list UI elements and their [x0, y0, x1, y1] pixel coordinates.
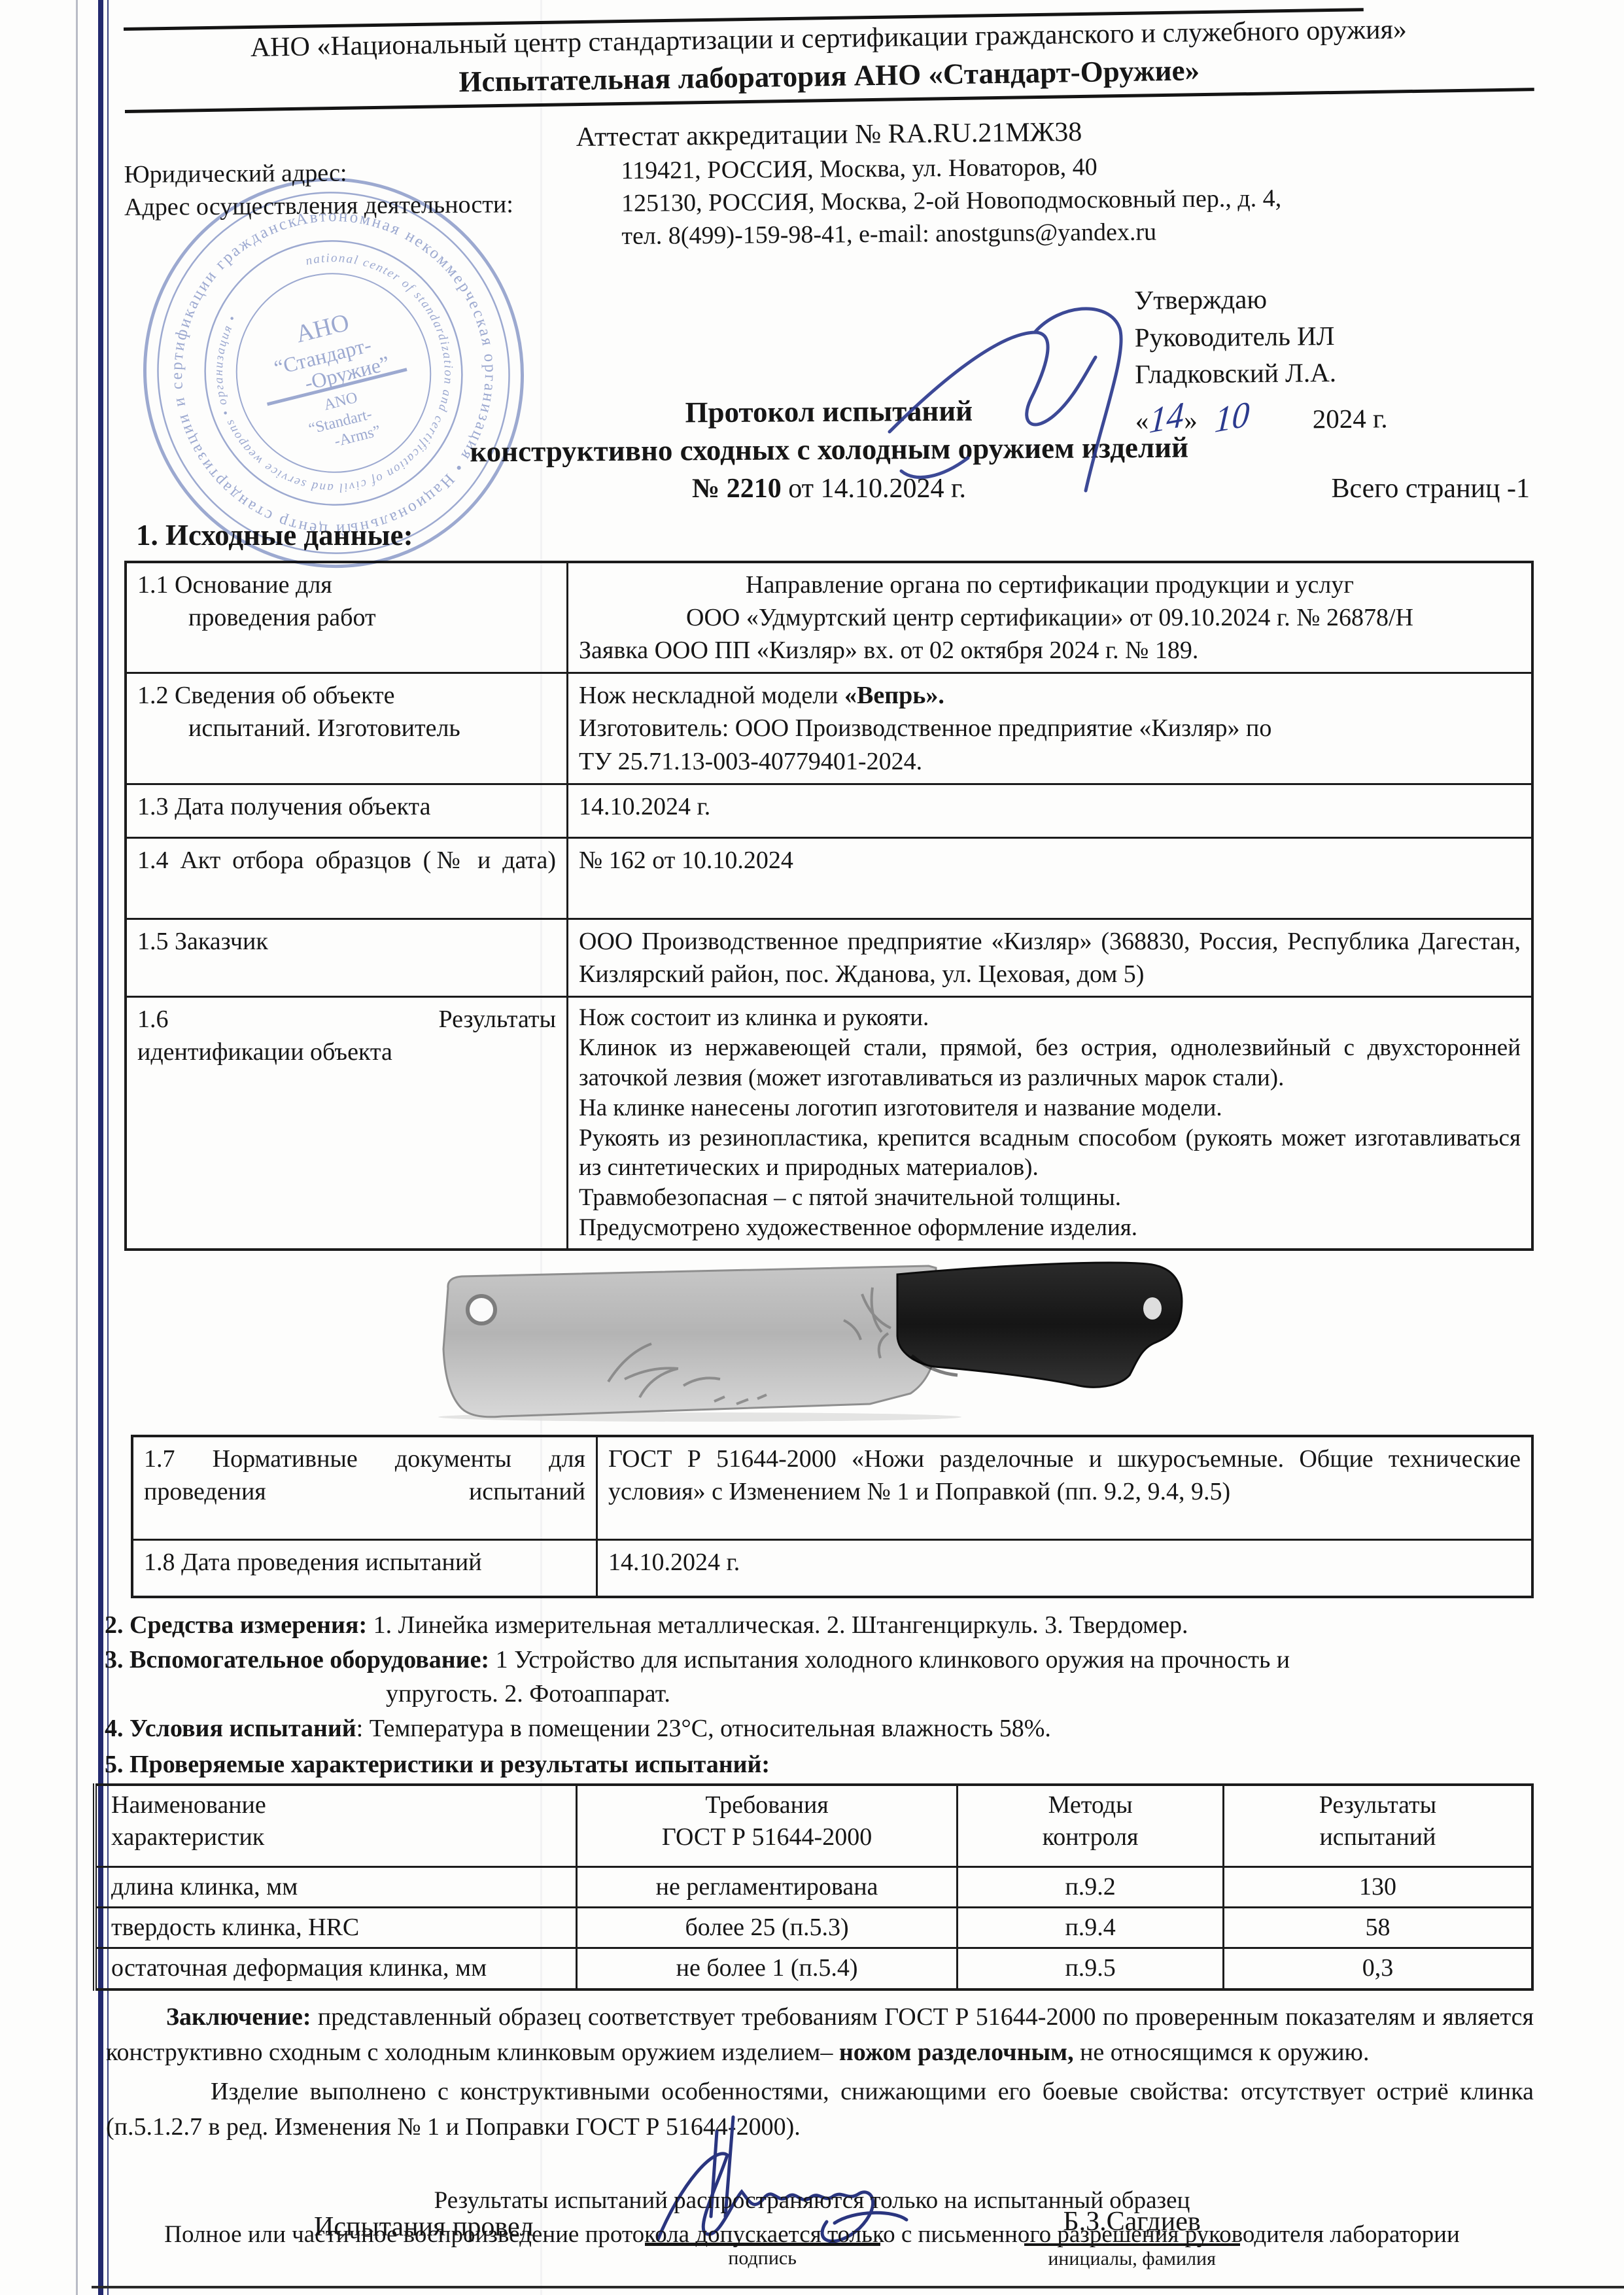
row-1-5-label: 1.5 Заказчик	[126, 919, 568, 996]
initial-data-table: 1.1 Основание для проведения работ Напра…	[124, 561, 1534, 1251]
row-1-2-label: 1.2 Сведения об объекте испытаний. Изгот…	[126, 673, 568, 784]
protocol-number-line: № 2210 от 14.10.2024 г. Всего страниц -1	[124, 471, 1534, 507]
results-row-blade-length: длина клинка, мм не регламентирована п.9…	[95, 1866, 1532, 1907]
row-1-6-value: Нож состоит из клинка и рукояти. Клинок …	[568, 997, 1533, 1250]
approval-block: Утверждаю Руководитель ИЛ Гладковский Л.…	[1134, 278, 1541, 439]
section5-heading: 5. Проверяемые характеристики и результа…	[105, 1748, 1534, 1781]
row-1-2-value: Нож нескладной модели «Вепрь». Изготовит…	[568, 673, 1533, 784]
blade-hole	[468, 1296, 495, 1323]
knife-handle	[897, 1263, 1182, 1387]
model-name: «Вепрь».	[844, 682, 944, 709]
table-row-1-7: 1.7 Нормативные документы для проведения…	[132, 1436, 1532, 1539]
table-row-1-8: 1.8 Дата проведения испытаний 14.10.2024…	[132, 1539, 1532, 1597]
row-1-8-label: 1.8 Дата проведения испытаний	[132, 1539, 597, 1597]
activity-address-label: Адрес осуществления деятельности:	[124, 187, 621, 224]
normative-table: 1.7 Нормативные документы для проведения…	[131, 1435, 1534, 1598]
row-1-6-label: 1.6 Результаты идентификации объекта	[126, 997, 568, 1250]
row-1-4-label: 1.4 Акт отбора образцов (№ и дата)	[126, 837, 568, 919]
scan-bottom-line	[92, 2286, 1624, 2288]
approver-name: Гладковский Л.А.	[1135, 352, 1540, 393]
col-header-results: Результатыиспытаний	[1223, 1785, 1532, 1867]
footer-line2: Полное или частичное воспроизведение про…	[0, 2218, 1624, 2252]
conclusion-label: Заключение:	[166, 2003, 311, 2031]
approve-word: Утверждаю	[1134, 278, 1540, 319]
section1-heading: 1. Исходные данные:	[136, 516, 1534, 555]
approval-year: 2024 г.	[1313, 403, 1388, 434]
letterhead: АНО «Национальный центр стандартизации и…	[124, 5, 1534, 113]
row-1-3-label: 1.3 Дата получения объекта	[126, 784, 568, 837]
pages-count: Всего страниц -1	[1331, 471, 1530, 507]
footer-line1: Результаты испытаний распространяются то…	[0, 2184, 1624, 2218]
col-header-characteristic: Наименованиехарактеристик	[95, 1785, 576, 1867]
table-row-1-1: 1.1 Основание для проведения работ Напра…	[126, 562, 1532, 673]
row-1-4-value: № 162 от 10.10.2024	[568, 837, 1533, 919]
section3-label: 3. Вспомогательное оборудование:	[105, 1646, 489, 1673]
col-header-requirements: ТребованияГОСТ Р 51644-2000	[576, 1785, 957, 1867]
table-row-1-2: 1.2 Сведения об объекте испытаний. Изгот…	[126, 673, 1532, 784]
row-1-8-value: 14.10.2024 г.	[597, 1539, 1533, 1597]
protocol-date: от 14.10.2024 г.	[782, 474, 966, 504]
row-1-5-value: ООО Производственное предприятие «Кизляр…	[568, 919, 1533, 996]
row-1-3-value: 14.10.2024 г.	[568, 784, 1533, 837]
results-header-row: Наименованиехарактеристик ТребованияГОСТ…	[95, 1785, 1532, 1867]
approval-date: «14»102024 г.	[1135, 398, 1541, 439]
scanned-protocol-page: АНО «Национальный центр стандартизации и…	[0, 0, 1624, 2295]
conclusion-classification: ножом разделочным,	[839, 2039, 1074, 2066]
section2-label: 2. Средства измерения:	[105, 1611, 367, 1639]
section4: 4. Условия испытаний: Температура в поме…	[105, 1712, 1534, 1745]
col-header-methods: Методыконтроля	[958, 1785, 1224, 1867]
section3: 3. Вспомогательное оборудование: 1 Устро…	[105, 1643, 1534, 1711]
row-1-1-label: 1.1 Основание для проведения работ	[126, 562, 568, 673]
handle-lanyard-hole	[1143, 1297, 1162, 1320]
section2: 2. Средства измерения: 1. Линейка измери…	[105, 1609, 1534, 1642]
row-1-7-label: 1.7 Нормативные документы для проведения…	[132, 1436, 597, 1539]
results-row-hardness: твердость клинка, HRC более 25 (п.5.3) п…	[95, 1908, 1532, 1948]
legal-address-label: Юридический адрес:	[124, 154, 621, 191]
address-block: Юридический адрес: 119421, РОССИЯ, Москв…	[124, 147, 1534, 256]
row-1-7-value: ГОСТ Р 51644-2000 «Ножи разделочные и шк…	[597, 1436, 1533, 1539]
section4-label: 4. Условия испытаний	[105, 1715, 356, 1742]
results-row-deformation: остаточная деформация клинка, мм не боле…	[95, 1948, 1532, 1989]
footer-notes: Результаты испытаний распространяются то…	[0, 2184, 1624, 2252]
handwritten-month: 10	[1215, 413, 1249, 420]
table-row-1-5: 1.5 Заказчик ООО Производственное предпр…	[126, 919, 1532, 996]
contacts-value: тел. 8(499)-159-98-41, e-mail: anostguns…	[621, 213, 1534, 253]
knife-blade	[443, 1266, 937, 1417]
protocol-number: № 2210	[692, 474, 782, 504]
approver-title: Руководитель ИЛ	[1134, 315, 1540, 356]
scan-edge-line	[76, 0, 78, 2295]
results-table: Наименованиехарактеристик ТребованияГОСТ…	[93, 1783, 1534, 1991]
table-row-1-3: 1.3 Дата получения объекта 14.10.2024 г.	[126, 784, 1532, 837]
table-row-1-6: 1.6 Результаты идентификации объекта Нож…	[126, 997, 1532, 1250]
table-row-1-4: 1.4 Акт отбора образцов (№ и дата) № 162…	[126, 837, 1532, 919]
knife-photo	[412, 1257, 1243, 1422]
row-1-1-value: Направление органа по сертификации проду…	[568, 562, 1533, 673]
handwritten-day: 14	[1149, 414, 1184, 421]
